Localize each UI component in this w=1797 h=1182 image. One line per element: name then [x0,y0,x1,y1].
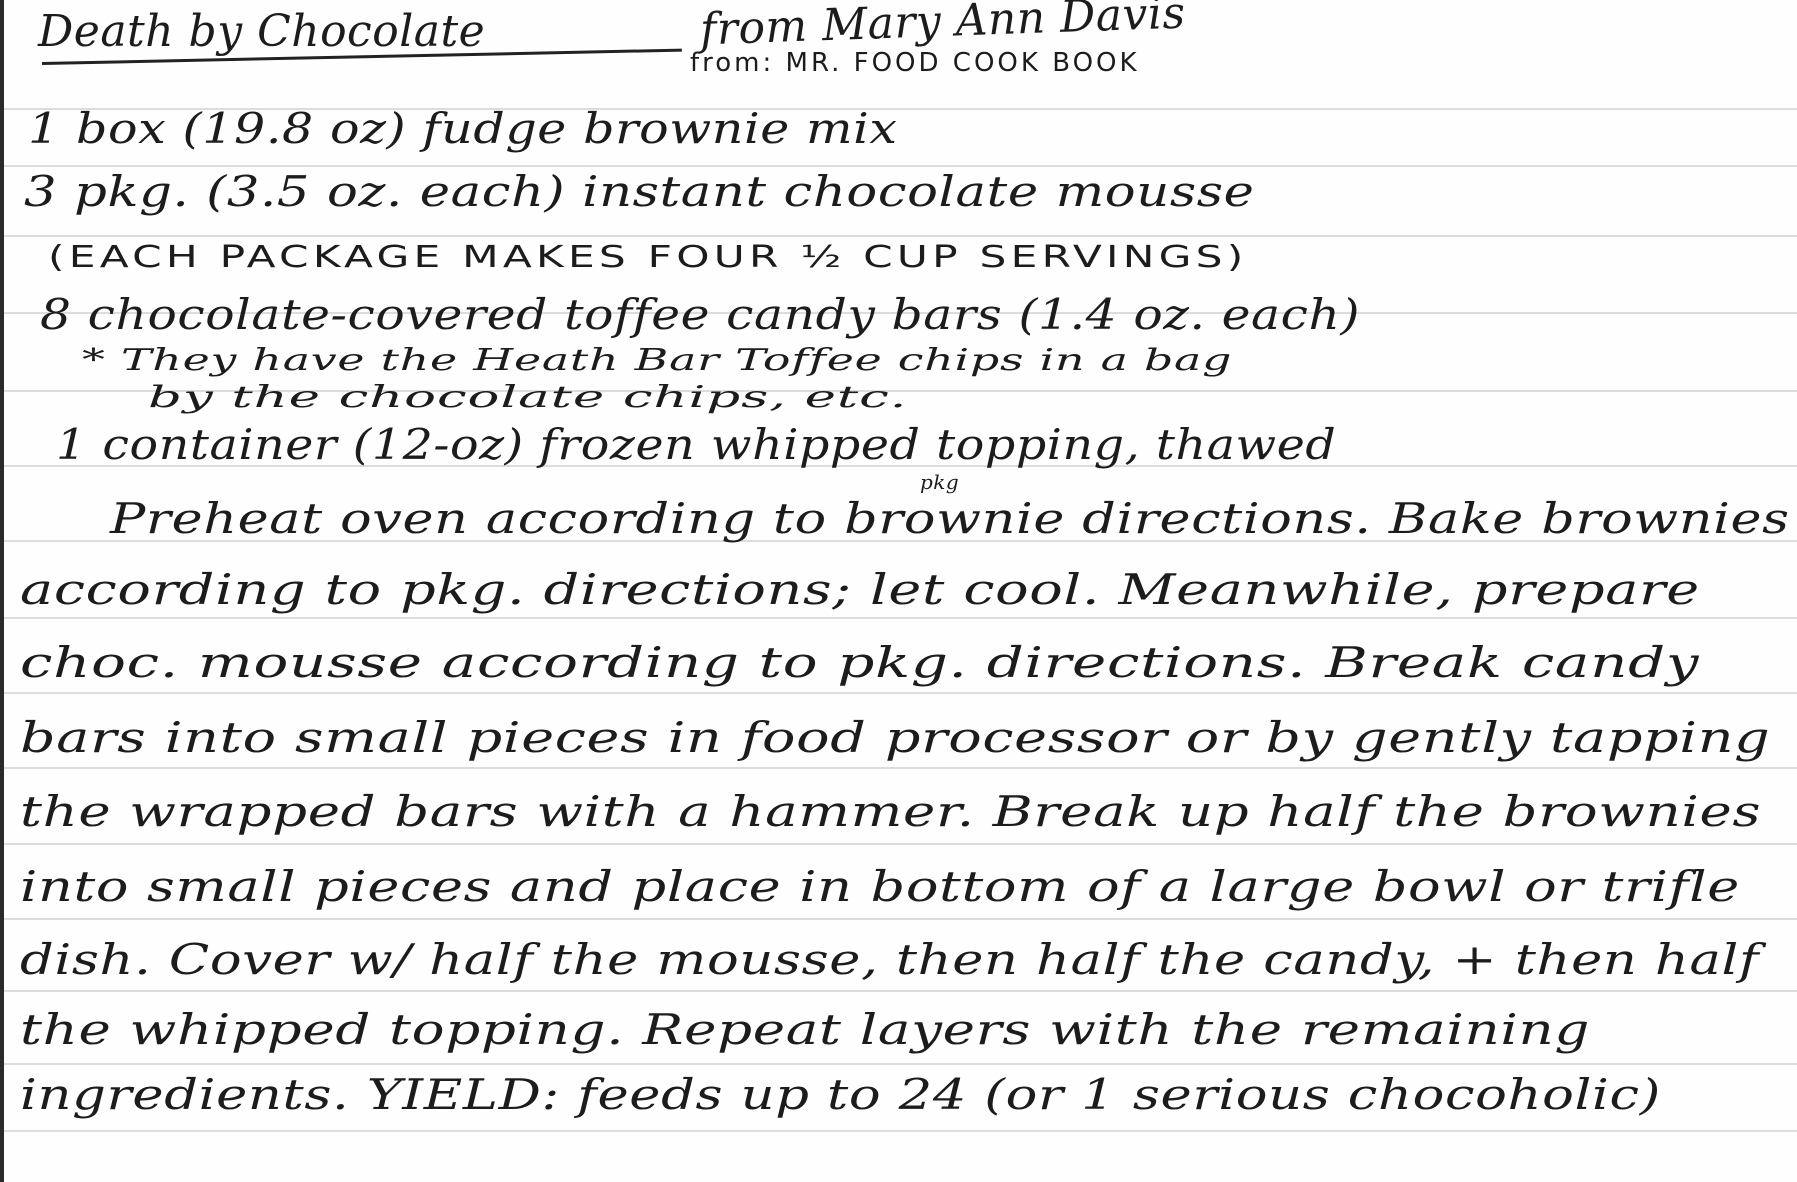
directions-line: according to pkg. directions; let cool. … [20,565,1700,614]
directions-line: into small pieces and place in bottom of… [20,862,1740,911]
ingredient-note: by the chocolate chips, etc. [148,380,907,415]
directions-line: ingredients. YIELD: feeds up to 24 (or 1… [20,1070,1661,1119]
recipe-title: Death by Chocolate [38,6,485,57]
directions-line: the whipped topping. Repeat layers with … [20,1005,1590,1054]
directions-line: dish. Cover w/ half the mousse, then hal… [20,935,1759,984]
ruled-line [4,1130,1797,1132]
ingredient-note: * They have the Heath Bar Toffee chips i… [82,343,1232,378]
ruled-line [4,767,1797,769]
directions-line: choc. mousse according to pkg. direction… [20,638,1699,687]
ingredient-line: 1 container (12-oz) frozen whipped toppi… [56,420,1336,469]
card-left-edge [0,0,4,1182]
directions-line: the wrapped bars with a hammer. Break up… [20,787,1761,836]
ingredient-note: (EACH PACKAGE MAKES FOUR ½ CUP SERVINGS) [48,240,1247,275]
ruled-line [4,692,1797,694]
ingredient-line: 3 pkg. (3.5 oz. each) instant chocolate … [24,167,1255,216]
ruled-line [4,235,1797,237]
ruled-line [4,843,1797,845]
ruled-line [4,1063,1797,1065]
directions-line: bars into small pieces in food processor… [20,713,1770,762]
recipe-card: Death by Chocolate from Mary Ann Davis f… [0,0,1797,1182]
ruled-line [4,617,1797,619]
ingredient-line: 8 chocolate-covered toffee candy bars (1… [40,290,1360,339]
ruled-line [4,918,1797,920]
directions-insertion: pkg [920,470,959,494]
directions-line: Preheat oven according to brownie direct… [110,494,1790,543]
ruled-line [4,990,1797,992]
recipe-source-book: from: MR. FOOD COOK BOOK [690,48,1140,78]
ingredient-line: 1 box (19.8 oz) fudge brownie mix [28,104,898,153]
